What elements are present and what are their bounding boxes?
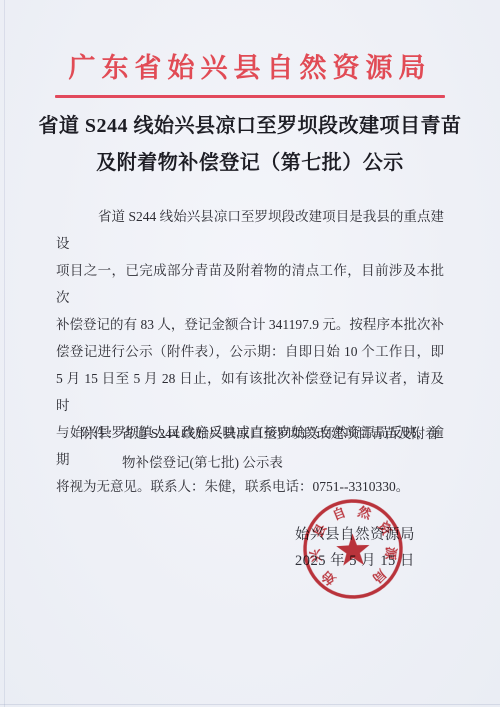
seal-star-icon xyxy=(336,533,370,566)
svg-text:自: 自 xyxy=(330,504,348,523)
body-line: 偿登记进行公示（附件表），公示期：自即日始 10 个工作日，即 xyxy=(56,338,444,365)
body-line: 项目之一，已完成部分青苗及附着物的清点工作，目前涉及本批次 xyxy=(56,257,444,311)
attachment-line2: 物补偿登记(第七批) 公示表 xyxy=(80,448,448,477)
attachment-note: 附件：省道 S244 线始兴县凉口至罗坝段改建项目青苗及附着 物补偿登记(第七批… xyxy=(80,419,448,477)
red-divider-line xyxy=(55,95,445,98)
svg-text:然: 然 xyxy=(356,504,374,523)
svg-text:兴: 兴 xyxy=(307,547,324,564)
attachment-line1: 附件：省道 S244 线始兴县凉口至罗坝段改建项目青苗及附着 xyxy=(80,419,448,448)
body-line: 省道 S244 线始兴县凉口至罗坝段改建项目是我县的重点建设 xyxy=(56,203,444,257)
body-line: 5 月 15 日至 5 月 28 日止，如有该批次补偿登记有异议者，请及时 xyxy=(56,365,444,419)
official-seal: 始兴县自然资源局 xyxy=(299,495,407,603)
document-title-line2: 及附着物补偿登记（第七批）公示 xyxy=(20,145,480,182)
document-title: 省道 S244 线始兴县凉口至罗坝段改建项目青苗 及附着物补偿登记（第七批）公示 xyxy=(20,108,480,182)
agency-header: 广东省始兴县自然资源局 xyxy=(0,46,500,85)
document-title-line1: 省道 S244 线始兴县凉口至罗坝段改建项目青苗 xyxy=(20,108,480,145)
body-line: 补偿登记的有 83 人，登记金额合计 341197.9 元。按程序本批次补 xyxy=(56,311,444,338)
svg-text:源: 源 xyxy=(382,546,399,562)
scanned-notice-page: 广东省始兴县自然资源局 省道 S244 线始兴县凉口至罗坝段改建项目青苗 及附着… xyxy=(0,0,500,707)
